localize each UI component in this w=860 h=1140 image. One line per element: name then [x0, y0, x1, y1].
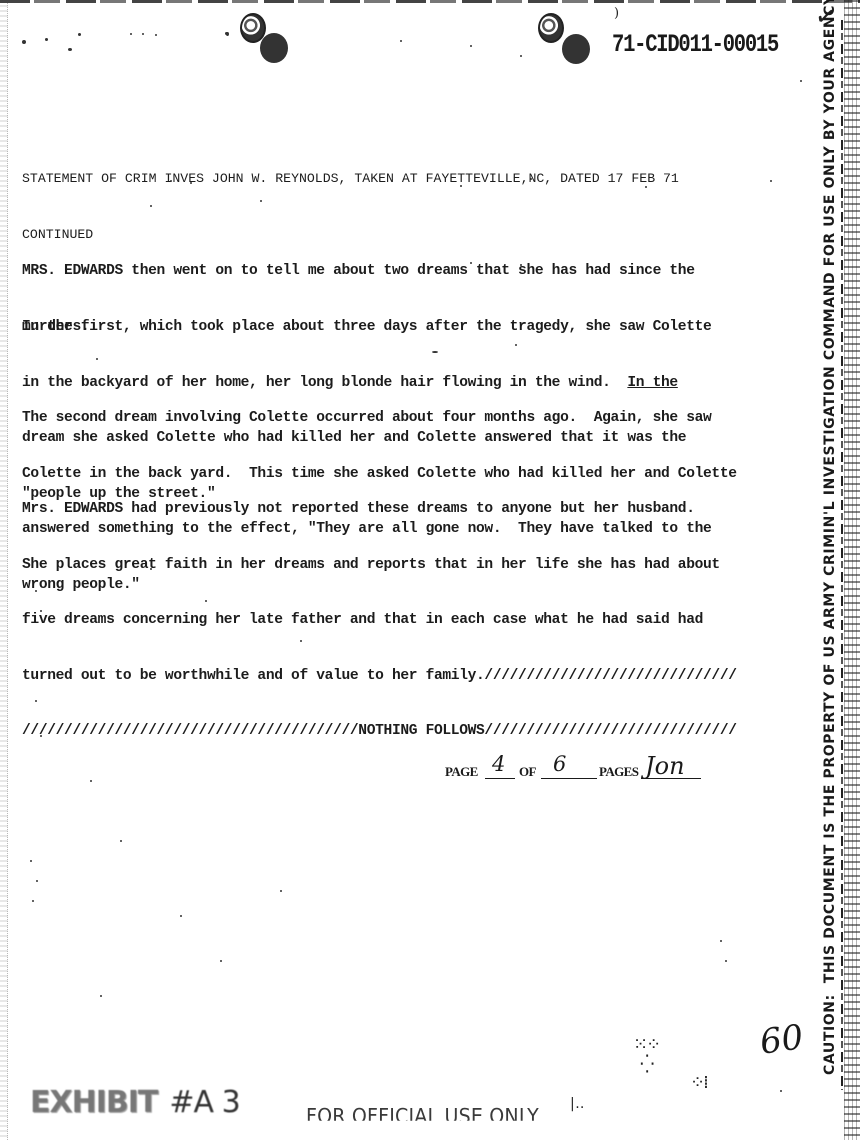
exhibit-label: EXHIBIT — [30, 1085, 157, 1120]
handwritten-mark: ) — [614, 6, 619, 21]
scan-left-edge — [0, 0, 8, 1140]
page-number-handwritten: 4 — [492, 752, 505, 776]
text-line: Mrs. EDWARDS had previously not reported… — [22, 500, 802, 519]
page-count-footer: PAGE 4 OF 6 PAGES Jon — [445, 752, 705, 792]
initials-handwritten: Jon — [645, 752, 685, 780]
exhibit-stamp: EXHIBIT#A 3 — [30, 1085, 240, 1120]
text-line: five dreams concerning her late father a… — [22, 611, 802, 630]
official-use-marking: FOR OFFICIAL USE ONLY — [306, 1104, 539, 1128]
punch-hole-icon — [260, 33, 288, 63]
nothing-follows-line: ////////////////////////////////////////… — [22, 722, 802, 741]
text-line: turned out to be worthwhile and of value… — [22, 667, 802, 686]
text-line: In the first, which took place about thr… — [22, 318, 802, 337]
text-line: The second dream involving Colette occur… — [22, 409, 802, 428]
total-pages-blank — [541, 778, 597, 779]
exhibit-number: #A 3 — [169, 1085, 239, 1120]
side-border-rule — [841, 20, 843, 1090]
of-label: OF — [519, 764, 536, 780]
text-line: MRS. EDWARDS then went on to tell me abo… — [22, 262, 802, 281]
header-title: STATEMENT OF CRIM INVES JOHN W. REYNOLDS… — [22, 170, 802, 189]
page-number-blank — [485, 778, 515, 779]
scan-right-edge — [844, 0, 860, 1140]
page-label: PAGE — [445, 764, 478, 780]
total-pages-handwritten: 6 — [553, 752, 566, 776]
document-control-number: 71-CID011-00015 — [612, 30, 778, 59]
margin-handwriting: 60 — [757, 1017, 805, 1063]
scan-top-edge — [0, 0, 860, 3]
punch-hole-icon — [562, 34, 590, 64]
pages-label: PAGES — [599, 764, 638, 780]
text-line: She places great faith in her dreams and… — [22, 556, 802, 575]
caution-notice: CAUTION: THIS DOCUMENT IS THE PROPERTY O… — [822, 55, 838, 1075]
punch-hole-icon — [538, 13, 564, 43]
paragraph-closing: Mrs. EDWARDS had previously not reported… — [22, 463, 802, 759]
